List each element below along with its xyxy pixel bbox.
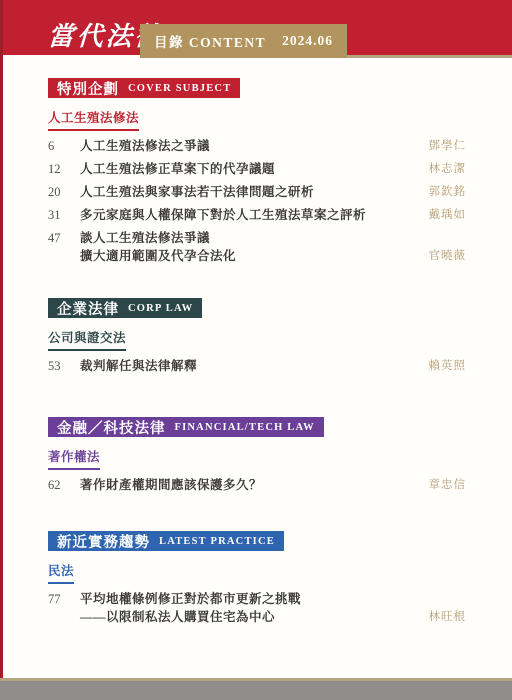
entry-list: 53 裁判解任與法律解釋 賴英照	[48, 357, 466, 375]
toc-label: 目錄 CONTENT	[154, 31, 266, 51]
section-title-en: CORP LAW	[128, 303, 193, 314]
section-title-zh: 金融／科技法律	[57, 417, 166, 438]
section-corp-law: 企業法律 CORP LAW 公司與證交法 53 裁判解任與法律解釋 賴英照	[48, 298, 466, 380]
toc-entry: 31 多元家庭與人權保障下對於人工生殖法草案之評析 戴瑀如	[48, 206, 466, 224]
magazine-toc-page: 當代法律 目錄 CONTENT 2024.06 特別企劃 COVER SUBJE…	[0, 0, 512, 700]
entry-list: 6 人工生殖法修法之爭議 鄧學仁 12 人工生殖法修正草案下的代孕議題 林志潔 …	[48, 137, 466, 265]
section-title-zh: 企業法律	[57, 298, 119, 319]
article-title-line1: 平均地權條例修正對於都市更新之挑戰	[80, 592, 301, 606]
section-banner: 金融／科技法律 FINANCIAL/TECH LAW	[48, 417, 324, 437]
article-title: 談人工生殖法修法爭議 擴大適用範圍及代孕合法化	[80, 229, 429, 265]
article-title: 多元家庭與人權保障下對於人工生殖法草案之評析	[80, 206, 429, 224]
toc-entry: 77 平均地權條例修正對於都市更新之挑戰 ——以限制私法人購買住宅為中心 林旺根	[48, 590, 466, 626]
toc-title-box: 目錄 CONTENT 2024.06	[140, 24, 347, 58]
toc-entry: 6 人工生殖法修法之爭議 鄧學仁	[48, 137, 466, 155]
page-number: 77	[48, 590, 80, 626]
toc-entry: 47 談人工生殖法修法爭議 擴大適用範圍及代孕合法化 官曉薇	[48, 229, 466, 265]
page-number: 12	[48, 160, 80, 178]
section-title-zh: 新近實務趨勢	[57, 531, 150, 552]
toc-entry: 62 著作財產權期間應該保護多久？ 章忠信	[48, 476, 466, 494]
article-title-line2: ——以限制私法人購買住宅為中心	[80, 610, 275, 624]
section-cover-subject: 特別企劃 COVER SUBJECT 人工生殖法修法 6 人工生殖法修法之爭議 …	[48, 78, 466, 270]
author-name: 章忠信	[429, 476, 467, 494]
topic-label: 公司與證交法	[48, 328, 126, 351]
page-number: 62	[48, 476, 80, 494]
article-title: 平均地權條例修正對於都市更新之挑戰 ——以限制私法人購買住宅為中心	[80, 590, 429, 626]
section-financial-tech-law: 金融／科技法律 FINANCIAL/TECH LAW 著作權法 62 著作財產權…	[48, 417, 466, 499]
page-number: 6	[48, 137, 80, 155]
author-name: 郭欽銘	[429, 183, 467, 201]
page-number: 31	[48, 206, 80, 224]
author-name: 鄧學仁	[429, 137, 467, 155]
article-title-line2: 擴大適用範圍及代孕合法化	[80, 249, 236, 263]
author-name: 賴英照	[429, 357, 467, 375]
author-name: 戴瑀如	[429, 206, 467, 224]
article-title: 裁判解任與法律解釋	[80, 357, 429, 375]
section-banner: 新近實務趨勢 LATEST PRACTICE	[48, 531, 284, 551]
page-number: 20	[48, 183, 80, 201]
toc-entry: 53 裁判解任與法律解釋 賴英照	[48, 357, 466, 375]
topic-label: 人工生殖法修法	[48, 108, 139, 131]
topic-label: 民法	[48, 561, 74, 584]
entry-list: 77 平均地權條例修正對於都市更新之挑戰 ——以限制私法人購買住宅為中心 林旺根	[48, 590, 466, 626]
author-name: 林志潔	[429, 160, 467, 178]
issue-date: 2024.06	[282, 33, 333, 49]
footer-band	[0, 681, 512, 700]
section-title-en: FINANCIAL/TECH LAW	[175, 422, 315, 433]
topic-label: 著作權法	[48, 447, 100, 470]
author-name: 官曉薇	[429, 247, 467, 265]
section-banner: 特別企劃 COVER SUBJECT	[48, 78, 240, 98]
article-title: 人工生殖法修法之爭議	[80, 137, 429, 155]
header-rule	[347, 55, 512, 58]
toc-entry: 20 人工生殖法與家事法若干法律問題之研析 郭欽銘	[48, 183, 466, 201]
section-latest-practice: 新近實務趨勢 LATEST PRACTICE 民法 77 平均地權條例修正對於都…	[48, 531, 466, 631]
page-number: 53	[48, 357, 80, 375]
article-title: 著作財產權期間應該保護多久？	[80, 476, 429, 494]
section-title-en: LATEST PRACTICE	[159, 536, 275, 547]
article-title: 人工生殖法與家事法若干法律問題之研析	[80, 183, 429, 201]
page-edge-stripe	[0, 0, 3, 679]
section-title-en: COVER SUBJECT	[128, 83, 231, 94]
section-title-zh: 特別企劃	[57, 78, 119, 99]
article-title-line1: 談人工生殖法修法爭議	[80, 231, 210, 245]
section-banner: 企業法律 CORP LAW	[48, 298, 202, 318]
page-number: 47	[48, 229, 80, 265]
article-title: 人工生殖法修正草案下的代孕議題	[80, 160, 429, 178]
author-name: 林旺根	[429, 608, 467, 626]
entry-list: 62 著作財產權期間應該保護多久？ 章忠信	[48, 476, 466, 494]
toc-entry: 12 人工生殖法修正草案下的代孕議題 林志潔	[48, 160, 466, 178]
